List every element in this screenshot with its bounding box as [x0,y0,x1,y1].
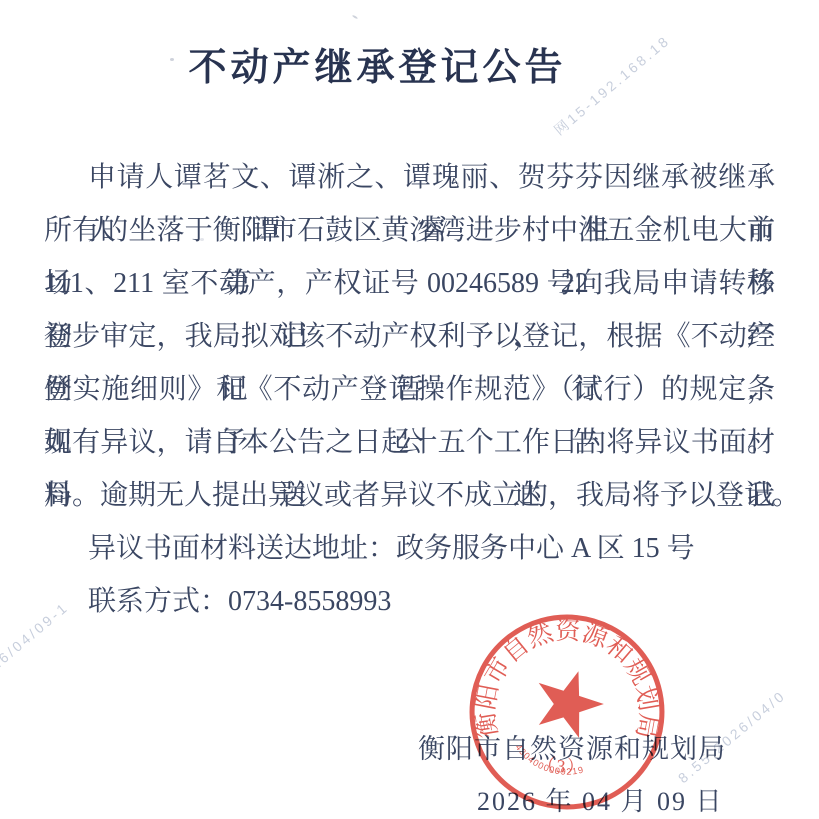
body-line: 申请人谭茗文、谭淅之、谭瑰丽、贺芬芬因继承被继承人谭睿生前 [44,151,775,204]
body-line: 如有异议，请自本公告之日起十五个工作日内将异议书面材料送达我 [44,416,775,469]
body-line: 111、211 室不动产，产权证号 00246589 号向我局申请转移登记，经 [44,257,775,310]
scan-speck [352,15,358,20]
notice-page: 网15-192.168.18 8.55 2026/04/0 026/04/09-… [0,0,819,819]
star-icon [526,661,611,742]
official-seal: 衡阳市自然资源和规划局 （3） 4304000009219 [456,601,678,819]
seal-graphics: 衡阳市自然资源和规划局 （3） 4304000009219 [462,607,672,817]
body-line-address: 异议书面材料送达地址：政务服务中心 A 区 15 号 [44,522,775,575]
notice-body: 申请人谭茗文、谭淅之、谭瑰丽、贺芬芬因继承被继承人谭睿生前 所有的坐落于衡阳市石… [44,151,775,628]
notice-title: 不动产继承登记公告 [0,44,787,92]
body-line: 初步审定，我局拟对该不动产权利予以登记，根据《不动产登记暂行条 [44,310,775,363]
body-line: 例实施细则》和《不动产登记操作规范》（试行）的规定，现予公告。 [44,363,775,416]
body-line: 所有的坐落于衡阳市石鼓区黄沙湾进步村中湘五金机电大市场第 22 栋 [44,204,775,257]
body-line: 局。逾期无人提出异议或者异议不成立的，我局将予以登记。 [44,469,775,522]
